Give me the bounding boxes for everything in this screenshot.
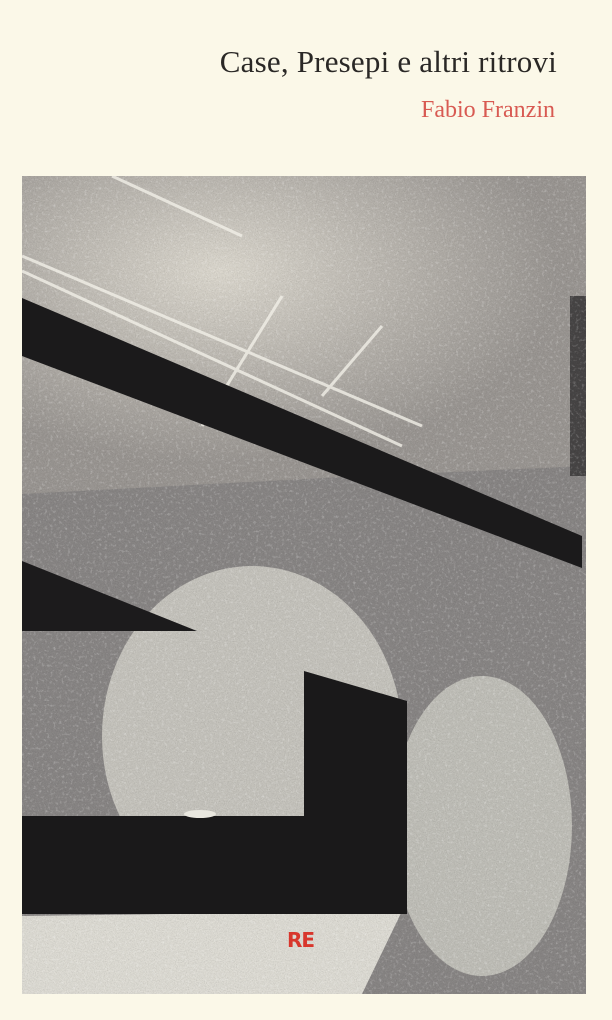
book-author: Fabio Franzin bbox=[421, 97, 555, 124]
book-cover: Case, Presepi e altri ritrovi Fabio Fran… bbox=[0, 0, 612, 1020]
book-title: Case, Presepi e altri ritrovi bbox=[220, 44, 557, 80]
cover-artwork bbox=[22, 176, 586, 994]
publisher-logo: RE bbox=[287, 928, 314, 952]
